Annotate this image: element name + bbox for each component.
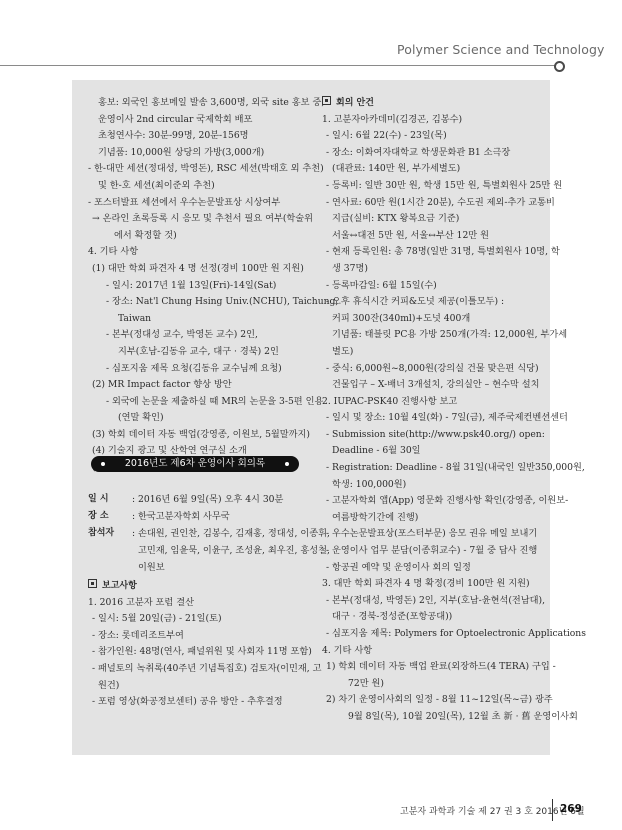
- text-line: 커피 300잔(340ml)+도넛 400개: [322, 311, 548, 328]
- bullet-dot-icon: [101, 462, 105, 466]
- text-line: (대관료: 140만 원, 부가세별도): [322, 161, 548, 178]
- text-line: - 장소: 롯데리조트부여: [88, 628, 321, 645]
- text-line: 기념품: 10,000원 상당의 가방(3,000개): [88, 145, 310, 162]
- text-line: 2) 차기 운영이사회의 일정 - 8월 11~12일(목~금) 광주: [322, 692, 548, 709]
- text-line: - 외국에 논문을 제출하실 때 MR의 논문을 3-5편 인용: [88, 394, 310, 411]
- text-line: 및 한-호 세션(최이준외 추천): [88, 178, 310, 195]
- place-value: : 한국고분자학회 사무국: [132, 508, 230, 525]
- text-line: - Submission site(http://www.psk40.org/)…: [322, 427, 548, 444]
- text-line: (3) 학회 데이터 자동 백업(강영종, 이원보, 5월말까지): [88, 427, 310, 444]
- agenda-heading: 회의 안건: [322, 95, 548, 112]
- text-line: (2) MR Impact factor 향상 방안: [88, 377, 310, 394]
- text-line: - 등록마감일: 6월 15일(수): [322, 278, 548, 295]
- footer-journal-issue: 고분자 과학과 기술 제 27 권 3 호 2016년 6월: [400, 804, 585, 817]
- attendees-line-2: 고민재, 임윤묵, 이윤구, 조성윤, 최우진, 홍성철,: [88, 542, 330, 559]
- text-line: - 일시 및 장소: 10월 4일(화) - 7일(금), 제주국제컨벤션센터: [322, 410, 548, 427]
- text-line: (1) 대만 학회 파견자 4 명 선정(경비 100만 원 지원): [88, 261, 310, 278]
- text-line: 지부(호남-김동유 교수, 대구 · 경북) 2인: [88, 344, 310, 361]
- text-line: 1. 2016 고분자 포럼 결산: [88, 595, 321, 612]
- square-bullet-icon: [88, 579, 97, 588]
- date-label: 일 시: [88, 491, 132, 508]
- text-line: - 포스터발표 세션에서 우수논문발표상 시상여부: [88, 195, 310, 212]
- text-line: - 심포지움 제목 요청(김동유 교수님께 요청): [88, 361, 310, 378]
- text-line: - Registration: Deadline - 8월 31일(내국인 일반…: [322, 460, 548, 477]
- text-line: - 고분자학회 앱(App) 영문화 진행사항 확인(강영종, 이원보-: [322, 493, 548, 510]
- bullet-dot-icon: [285, 462, 289, 466]
- text-line: 서울↔대전 5만 원, 서울↔부산 12만 원: [322, 228, 548, 245]
- text-line: 에서 확정할 것): [88, 228, 310, 245]
- page-number: 269: [560, 803, 582, 815]
- left-column-top: 홍보: 외국인 홍보메일 발송 3,600명, 외국 site 홍보 중,운영이…: [88, 95, 310, 477]
- text-line: 운영이사 2nd circular 국제학회 배포: [88, 112, 310, 129]
- text-line: - 일시: 2017년 1월 13일(Fri)-14일(Sat): [88, 278, 310, 295]
- text-line: 3. 대만 학회 파견자 4 명 확정(경비 100만 원 지원): [322, 576, 548, 593]
- text-line: 4. 기타 사항: [88, 244, 310, 261]
- text-line: 기념품: 태블릿 PC용 가방 250개(가격: 12,000원, 부가세: [322, 327, 548, 344]
- text-line: 지급(실비: KTX 왕복요금 기준): [322, 211, 548, 228]
- text-line: - 한-대만 세션(정대성, 박영돈), RSC 세션(박태호 외 추천): [88, 161, 310, 178]
- square-bullet-icon: [322, 96, 331, 105]
- text-line: - 현재 등록인원: 총 78명(일반 31명, 특별회원사 10명, 학: [322, 244, 548, 261]
- text-line: 72만 원): [322, 676, 548, 693]
- text-line: - 장소: Nat'l Chung Hsing Univ.(NCHU), Tai…: [88, 294, 310, 311]
- header-circle-icon: [554, 61, 565, 72]
- text-line: - 포럼 영상(화공정보센터) 공유 방안 - 추후결정: [88, 694, 321, 711]
- text-line: Deadline - 6월 30일: [322, 443, 548, 460]
- text-line: - 본부(정대성 교수, 박영돈 교수) 2인,: [88, 327, 310, 344]
- text-line: - 운영이사 업무 분담(이종휘교수) - 7월 중 답사 진행: [322, 543, 548, 560]
- text-line: 초청연사수: 30분-99명, 20분-156명: [88, 128, 310, 145]
- text-line: - 연사료: 60만 원(1시간 20분), 수도권 제외-추가 교통비: [322, 195, 548, 212]
- text-line: 1. 고분자아카데미(김경곤, 김봉수): [322, 112, 548, 129]
- place-label: 장 소: [88, 508, 132, 525]
- text-line: - 심포지움 제목: Polymers for Optoelectronic A…: [322, 626, 548, 643]
- text-line: 학생: 100,000원): [322, 477, 548, 494]
- attendees-label: 참석자: [88, 525, 132, 542]
- text-line: 4. 기타 사항: [322, 643, 548, 660]
- attendees-line-3: 이원보: [88, 559, 330, 576]
- report-section: 보고사항 1. 2016 고분자 포럼 결산- 일시: 5월 20일(금) - …: [88, 578, 321, 711]
- text-line: Taiwan: [88, 311, 310, 328]
- text-line: (연말 확인): [88, 410, 310, 427]
- text-line: 대구 · 경북-정성준(포항공대)): [322, 609, 548, 626]
- text-line: - 항공권 예약 및 운영이사 회의 일정: [322, 560, 548, 577]
- text-line: - 참가인원: 48명(연사, 패널위원 및 사회자 11명 포함): [88, 644, 321, 661]
- text-line: 생 37명): [322, 261, 548, 278]
- text-line: 여름방학기간에 진행): [322, 510, 548, 527]
- meeting-minutes-banner: 2016년도 제6차 운영이사 회의록: [91, 456, 299, 472]
- text-line: - 우수논문발표상(포스터부문) 응모 권유 메일 보내기: [322, 526, 548, 543]
- text-line: → 온라인 초록등록 시 응모 및 추천서 필요 여부(학술위: [88, 211, 310, 228]
- text-line: - 일시: 6월 22(수) - 23일(목): [322, 128, 548, 145]
- report-heading: 보고사항: [88, 578, 321, 595]
- header-journal-title: Polymer Science and Technology: [397, 42, 605, 57]
- text-line: - 일시: 5월 20일(금) - 21일(토): [88, 611, 321, 628]
- text-line: - 본부(정대성, 박영돈) 2인, 지부(호남-윤현석(전남대),: [322, 593, 548, 610]
- text-line: 별도): [322, 344, 548, 361]
- text-line: - 중식: 6,000원~8,000원(강의실 건물 맞은편 식당): [322, 361, 548, 378]
- text-line: 건물입구 – X-배너 3개설치, 강의실안 – 현수막 설치: [322, 377, 548, 394]
- attendees-line-1: : 손대원, 권인찬, 김봉수, 김재홍, 정대성, 이종휘,: [132, 525, 330, 542]
- text-line: 2. IUPAC-PSK40 진행사항 보고: [322, 394, 548, 411]
- text-line: 9월 8일(목), 10월 20일(목), 12월 초 新 · 舊 운영이사회: [322, 709, 548, 726]
- header-rule: [0, 65, 556, 66]
- footer-divider: [552, 799, 553, 821]
- right-column: 회의 안건 1. 고분자아카데미(김경곤, 김봉수)- 일시: 6월 22(수)…: [322, 95, 548, 726]
- text-line: - 등록비: 일반 30만 원, 학생 15만 원, 특별회원사 25만 원: [322, 178, 548, 195]
- text-line: 1) 학회 데이터 자동 백업 완료(외장하드(4 TERA) 구입 -: [322, 659, 548, 676]
- text-line: 원건): [88, 678, 321, 695]
- text-line: - 오후 휴식시간 커피&도넛 제공(이틀모두) :: [322, 294, 548, 311]
- text-line: 홍보: 외국인 홍보메일 발송 3,600명, 외국 site 홍보 중,: [88, 95, 310, 112]
- meeting-info: 일 시: 2016년 6월 9일(목) 오후 4시 30분 장 소: 한국고분자…: [88, 491, 330, 576]
- text-line: - 장소: 이화여자대학교 학생문화관 B1 소극장: [322, 145, 548, 162]
- banner-title: 2016년도 제6차 운영이사 회의록: [125, 458, 265, 469]
- text-line: - 패널토의 녹취록(40주년 기념특집호) 검토자(이민재, 고: [88, 661, 321, 678]
- date-value: : 2016년 6월 9일(목) 오후 4시 30분: [132, 491, 283, 508]
